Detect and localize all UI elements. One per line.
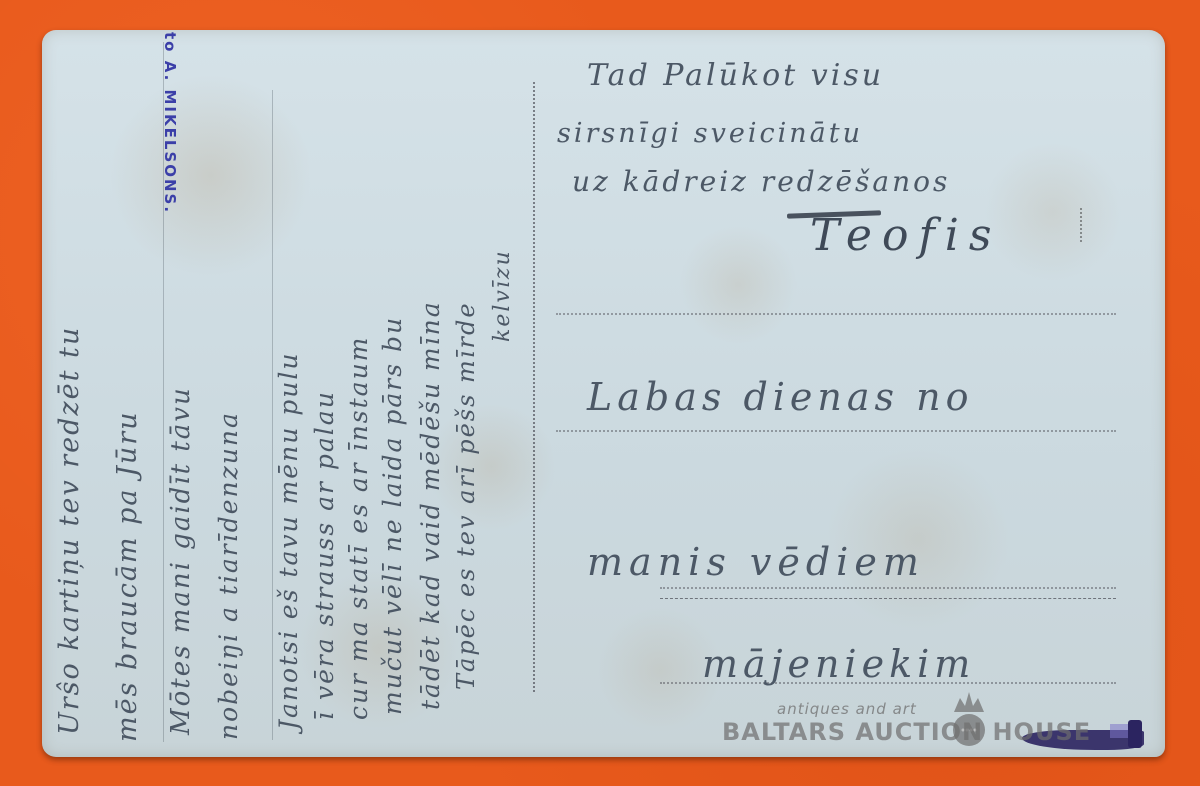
address-line-text: manis vēdiem: [587, 540, 925, 584]
address-line-text: mājeniekim: [702, 642, 975, 686]
center-divider: [533, 82, 535, 692]
message-line: kelvīzu: [490, 249, 515, 342]
address-line-1: [556, 313, 1116, 315]
pencil-rule: [272, 90, 273, 740]
greeting-line: uz kādreiz redzēšanos: [572, 165, 950, 198]
message-line: Janotsi eš tavu mēnu pulu: [274, 352, 303, 730]
message-line: cur ma statī es ar īnstaum: [344, 336, 373, 720]
greeting-line: sirsnīgi sveicinātu: [557, 118, 863, 149]
message-line: tādēt kad vaid mēdēšu mīna: [416, 300, 445, 710]
address-line-text: Labas dienas no: [587, 375, 973, 419]
greeting-line: Tad Palūkot visu: [587, 58, 884, 93]
message-line: Tāpēc es tev arī pēšs mīrde: [452, 301, 480, 690]
stamp-box-corner: [1080, 208, 1082, 242]
message-line: Urŝo kartiņu tev redzēt tu: [54, 326, 85, 735]
publisher-stamp: to A. MIKELSONS.: [161, 32, 179, 214]
address-line-3-underline: [660, 598, 1116, 599]
message-line: mēs braucām pa Jūru: [112, 410, 143, 742]
message-line: nobeiŋi a tiarīdenzuna: [214, 411, 243, 740]
address-line-2: [556, 430, 1116, 432]
address-line-3: [660, 587, 1116, 589]
message-line: ī vēra strauss ar palau: [310, 390, 339, 720]
message-line: mučut vēlī ne laida pārs bu: [378, 316, 407, 715]
postcard-back: to A. MIKELSONS. Urŝo kartiņu tev redzēt…: [42, 30, 1165, 757]
message-line: Mōtes mani gaidīt tāvu: [166, 386, 196, 735]
signature: Teofis: [810, 210, 1001, 261]
ink-stain: [1128, 720, 1142, 748]
